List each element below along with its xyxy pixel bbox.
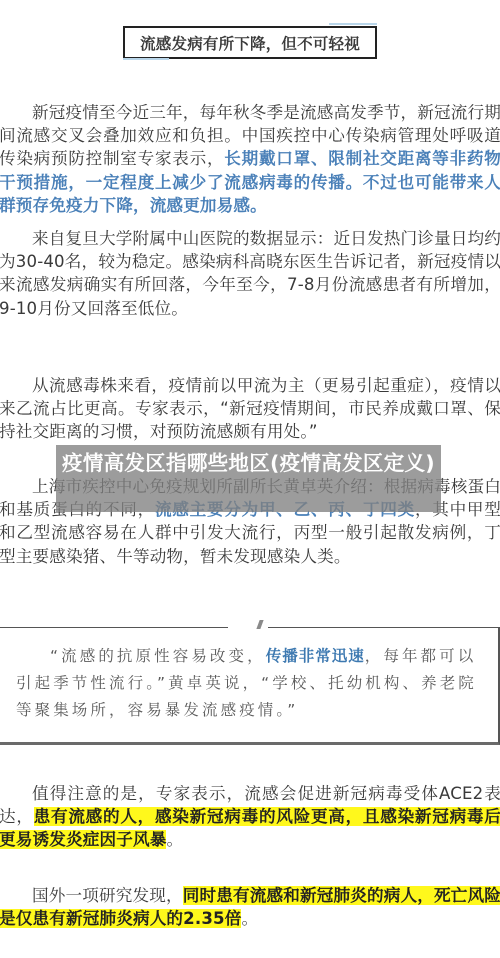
- paragraph-6: 国外一项研究发现，同时患有流感和新冠肺炎的病人，死亡风险是仅患有新冠肺炎病人的2…: [0, 884, 500, 930]
- quote-emphasis: 传播非常迅速: [266, 647, 365, 665]
- section-title: 流感发病有所下降，但不可轻视: [140, 32, 360, 54]
- quote-border-gap: [228, 624, 268, 632]
- quote-box: “流感的抗原性容易改变，传播非常迅速，每年都可以引起季节性流行。”黄卓英说，“学…: [0, 627, 500, 745]
- paragraph-text: 。: [166, 830, 183, 849]
- paragraph-text: 从流感毒株来看，疫情前以甲流为主（更易引起重症），疫情以来乙流占比更高。专家表示…: [0, 376, 500, 441]
- overlay-caption-text: 疫情高发区指哪些地区(疫情高发区定义): [62, 451, 435, 475]
- quote-text: “流感的抗原性容易改变，传播非常迅速，每年都可以引起季节性流行。”黄卓英说，“学…: [16, 643, 486, 724]
- headline-overlay-caption: 疫情高发区指哪些地区(疫情高发区定义): [56, 445, 441, 512]
- paragraph-3: 从流感毒株来看，疫情前以甲流为主（更易引起重症），疫情以来乙流占比更高。专家表示…: [0, 374, 500, 444]
- paragraph-1: 新冠疫情至今近三年，每年秋冬季是流感高发季节，新冠流行期间流感交叉会叠加效应和负…: [0, 101, 500, 217]
- title-accent-line-bottom: [123, 58, 169, 60]
- title-accent-line-top: [329, 23, 377, 25]
- quote-text-before: “流感的抗原性容易改变，: [50, 647, 266, 665]
- paragraph-text: 来自复旦大学附属中山医院的数据显示：近日发热门诊量日均约为30-40名，较为稳定…: [0, 229, 500, 318]
- paragraph-2: 来自复旦大学附属中山医院的数据显示：近日发热门诊量日均约为30-40名，较为稳定…: [0, 227, 500, 320]
- highlighted-text: 患有流感的人，感染新冠病毒的风险更高，且感染新冠病毒后更易诱发炎症因子风暴: [0, 807, 500, 849]
- paragraph-5: 值得注意的是，专家表示，流感会促进新冠病毒受体ACE2表达，患有流感的人，感染新…: [0, 782, 500, 852]
- paragraph-text: 。: [241, 909, 258, 928]
- section-title-box: 流感发病有所下降，但不可轻视: [123, 26, 377, 59]
- paragraph-text: 国外一项研究发现，: [32, 886, 183, 905]
- article-page: 流感发病有所下降，但不可轻视 新冠疫情至今近三年，每年秋冬季是流感高发季节，新冠…: [0, 0, 500, 958]
